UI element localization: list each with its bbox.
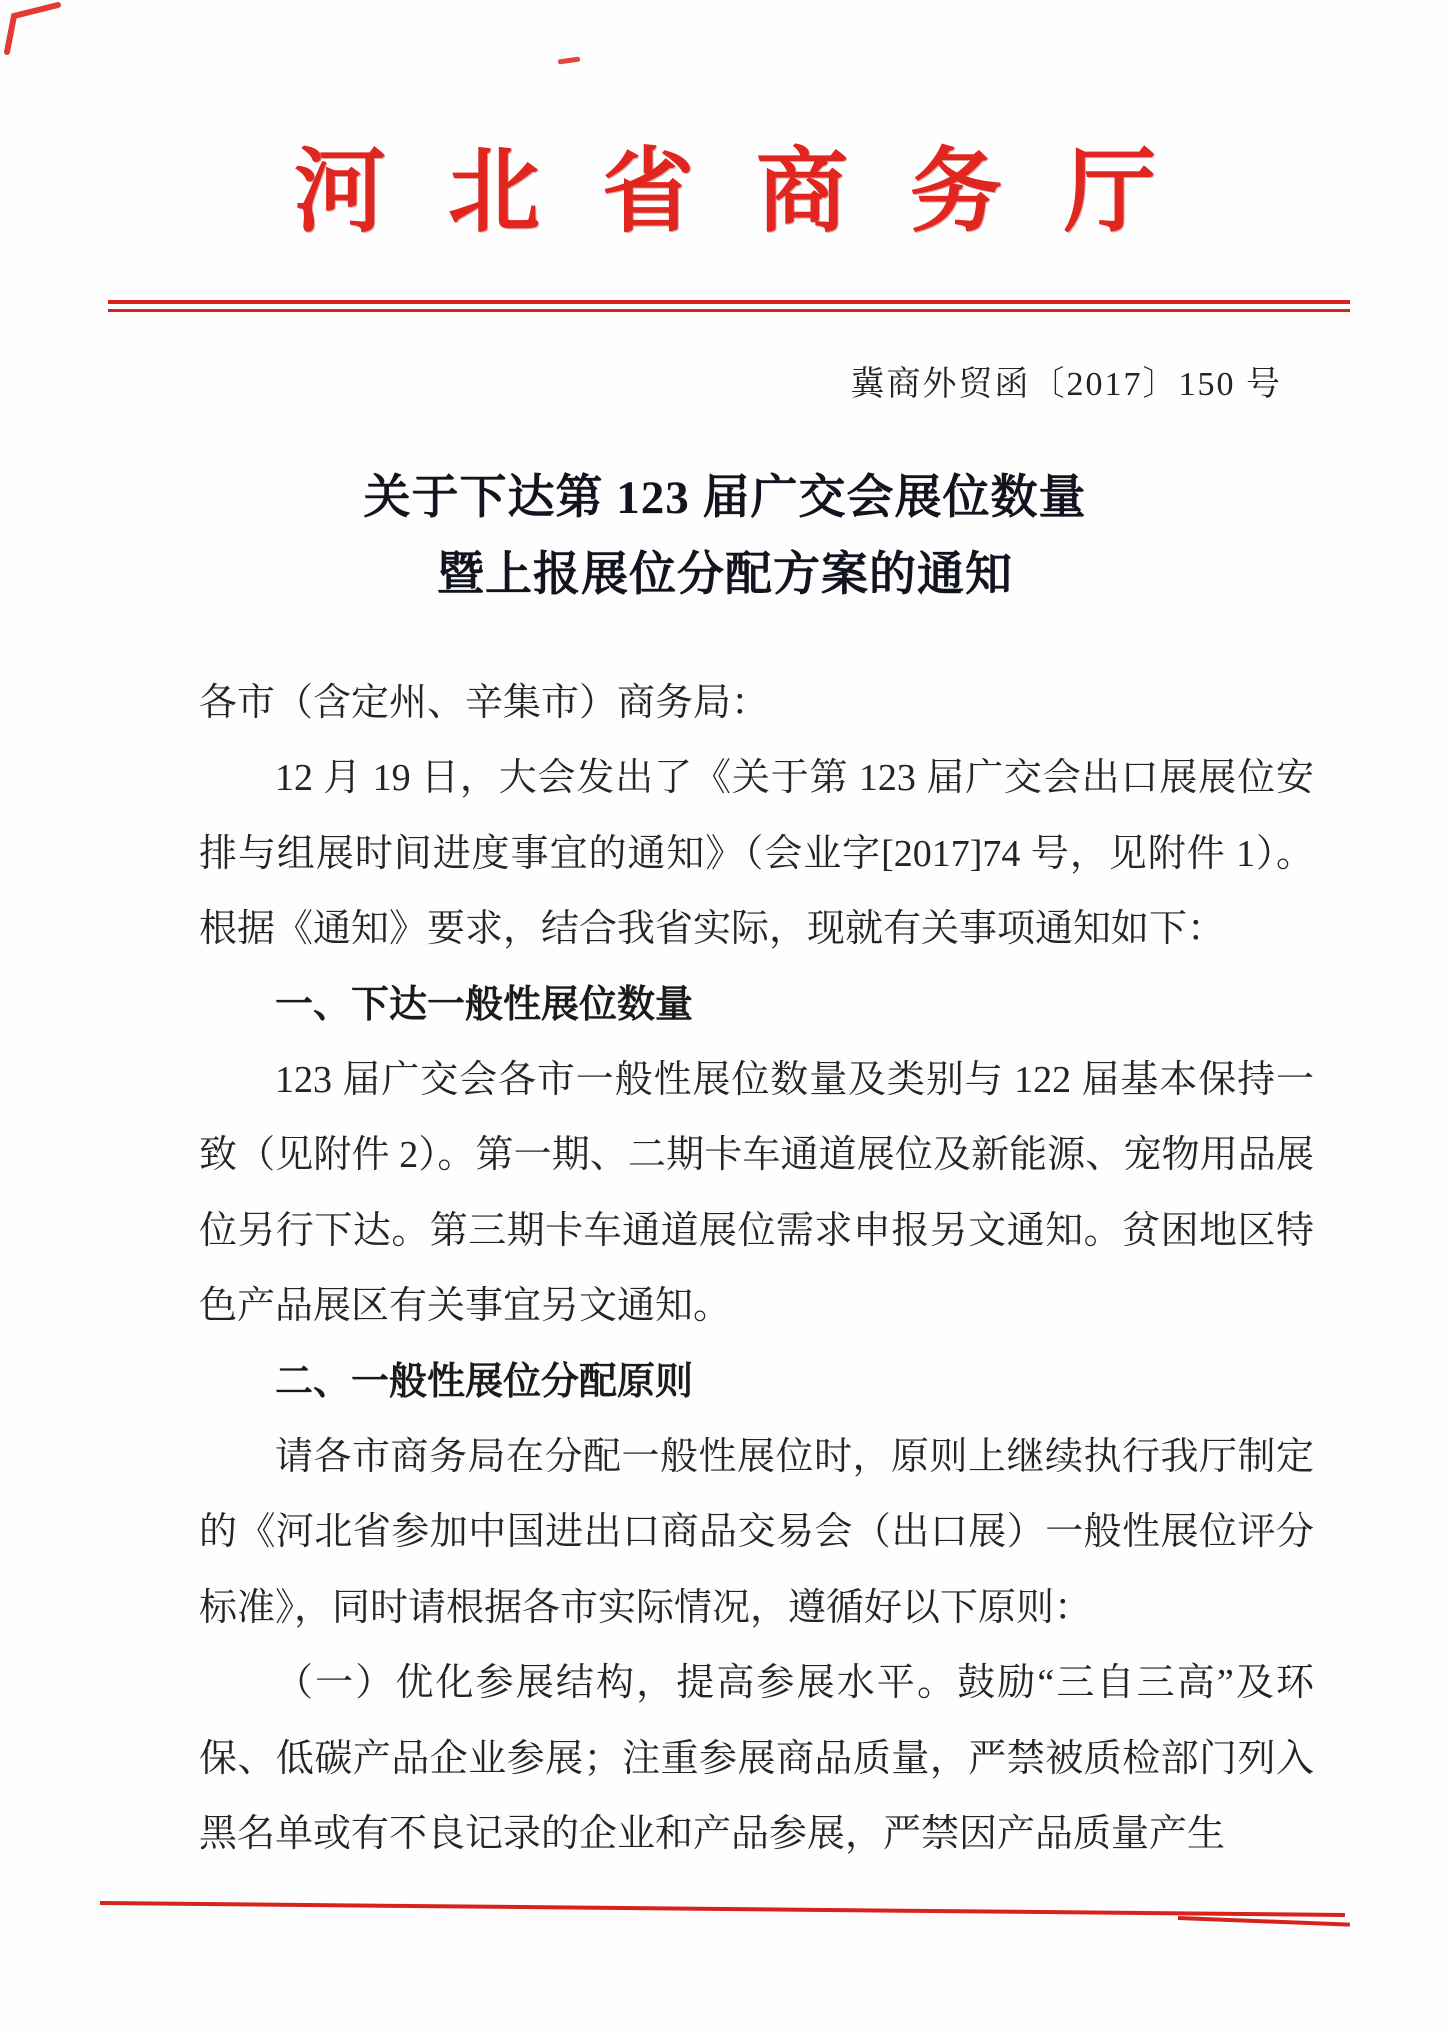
document-body: 各市（含定州、辛集市）商务局： 12 月 19 日，大会发出了《关于第 123 … xyxy=(199,666,1314,1873)
scan-mark-corner-icon xyxy=(0,0,80,80)
salutation: 各市（含定州、辛集市）商务局： xyxy=(199,666,1314,741)
title-line-1: 关于下达第 123 届广交会展位数量 xyxy=(0,460,1450,537)
scan-mark-dash-icon xyxy=(558,56,580,64)
document-title: 关于下达第 123 届广交会展位数量 暨上报展位分配方案的通知 xyxy=(0,460,1450,614)
footer-rule xyxy=(100,1901,1345,1917)
paragraph-intro: 12 月 19 日，大会发出了《关于第 123 届广交会出口展展位安排与组展时间… xyxy=(199,741,1314,967)
footer-rule-segment xyxy=(1178,1916,1350,1927)
header-rule-bottom xyxy=(108,309,1350,312)
paragraph-section-2-item-1: （一）优化参展结构，提高参展水平。鼓励“三自三高”及环保、低碳产品企业参展；注重… xyxy=(199,1646,1314,1872)
paragraph-section-2: 请各市商务局在分配一般性展位时，原则上继续执行我厅制定的《河北省参加中国进出口商… xyxy=(199,1420,1314,1646)
title-line-2: 暨上报展位分配方案的通知 xyxy=(0,537,1450,614)
section-heading-2: 二、一般性展位分配原则 xyxy=(199,1345,1314,1420)
agency-title: 河北省商务厅 xyxy=(0,118,1450,250)
header-rule-top xyxy=(108,300,1350,304)
doc-number: 冀商外贸函〔2017〕150 号 xyxy=(851,356,1283,405)
section-heading-1: 一、下达一般性展位数量 xyxy=(199,968,1314,1043)
paragraph-section-1: 123 届广交会各市一般性展位数量及类别与 122 届基本保持一致（见附件 2）… xyxy=(199,1043,1314,1345)
document-page: 河北省商务厅 冀商外贸函〔2017〕150 号 关于下达第 123 届广交会展位… xyxy=(0,0,1450,2038)
